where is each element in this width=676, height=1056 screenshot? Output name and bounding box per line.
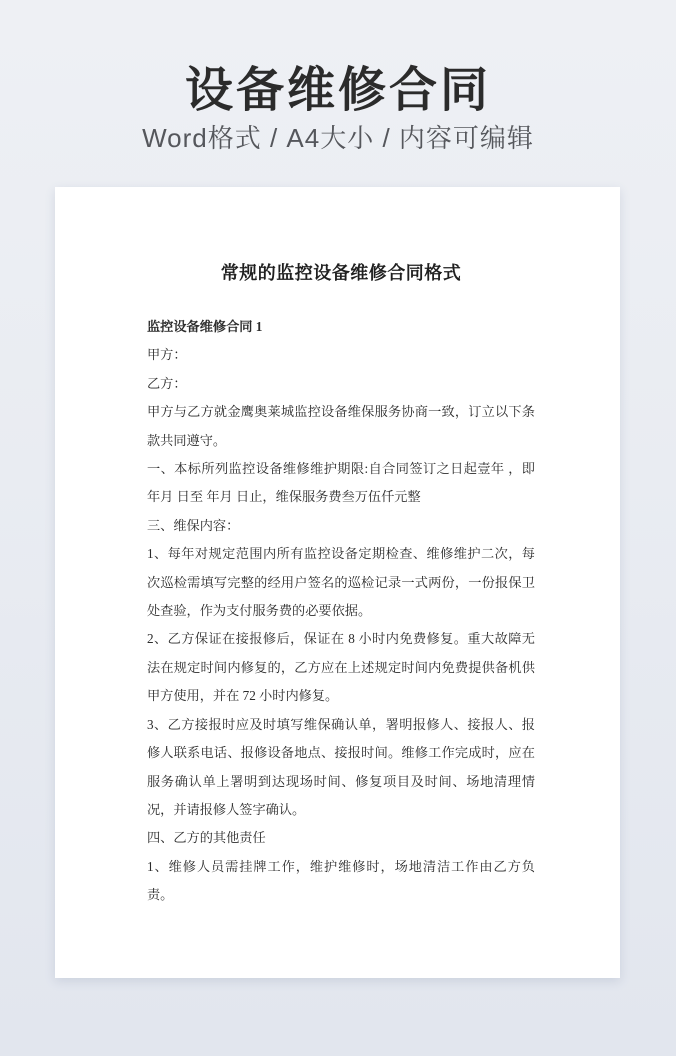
promo-subtitle: Word格式 / A4大小 / 内容可编辑	[0, 124, 676, 152]
document-body: 监控设备维修合同 1甲方：乙方：甲方与乙方就金鹰奥莱城监控设备维保服务协商一致，…	[147, 313, 535, 910]
document-page-preview: 常规的监控设备维修合同格式 监控设备维修合同 1甲方：乙方：甲方与乙方就金鹰奥莱…	[55, 187, 620, 978]
contract-paragraph: 1、每年对规定范围内所有监控设备定期检查、维修维护二次，每次巡检需填写完整的经用…	[147, 540, 535, 625]
promo-header: 设备维修合同 Word格式 / A4大小 / 内容可编辑	[0, 0, 676, 152]
contract-paragraph: 1、维修人员需挂牌工作，维护维修时，场地清洁工作由乙方负责。	[147, 853, 535, 910]
contract-paragraph: 2、乙方保证在接报修后，保证在 8 小时内免费修复。重大故障无法在规定时间内修复…	[147, 625, 535, 710]
contract-paragraph: 四、乙方的其他责任	[147, 824, 535, 852]
contract-paragraph: 甲方：	[147, 341, 535, 369]
contract-paragraph: 3、乙方接报时应及时填写维保确认单，署明报修人、接报人、报修人联系电话、报修设备…	[147, 711, 535, 825]
contract-paragraph: 一、本标所列监控设备维修维护期限:自合同签订之日起壹年 ，即 年月 日至 年月 …	[147, 455, 535, 512]
contract-paragraph: 三、维保内容：	[147, 512, 535, 540]
contract-paragraph: 甲方与乙方就金鹰奥莱城监控设备维保服务协商一致，订立以下条款共同遵守。	[147, 398, 535, 455]
contract-paragraph: 乙方：	[147, 370, 535, 398]
promo-title: 设备维修合同	[0, 64, 676, 118]
contract-paragraph: 监控设备维修合同 1	[147, 313, 535, 341]
document-title: 常规的监控设备维修合同格式	[147, 261, 535, 285]
